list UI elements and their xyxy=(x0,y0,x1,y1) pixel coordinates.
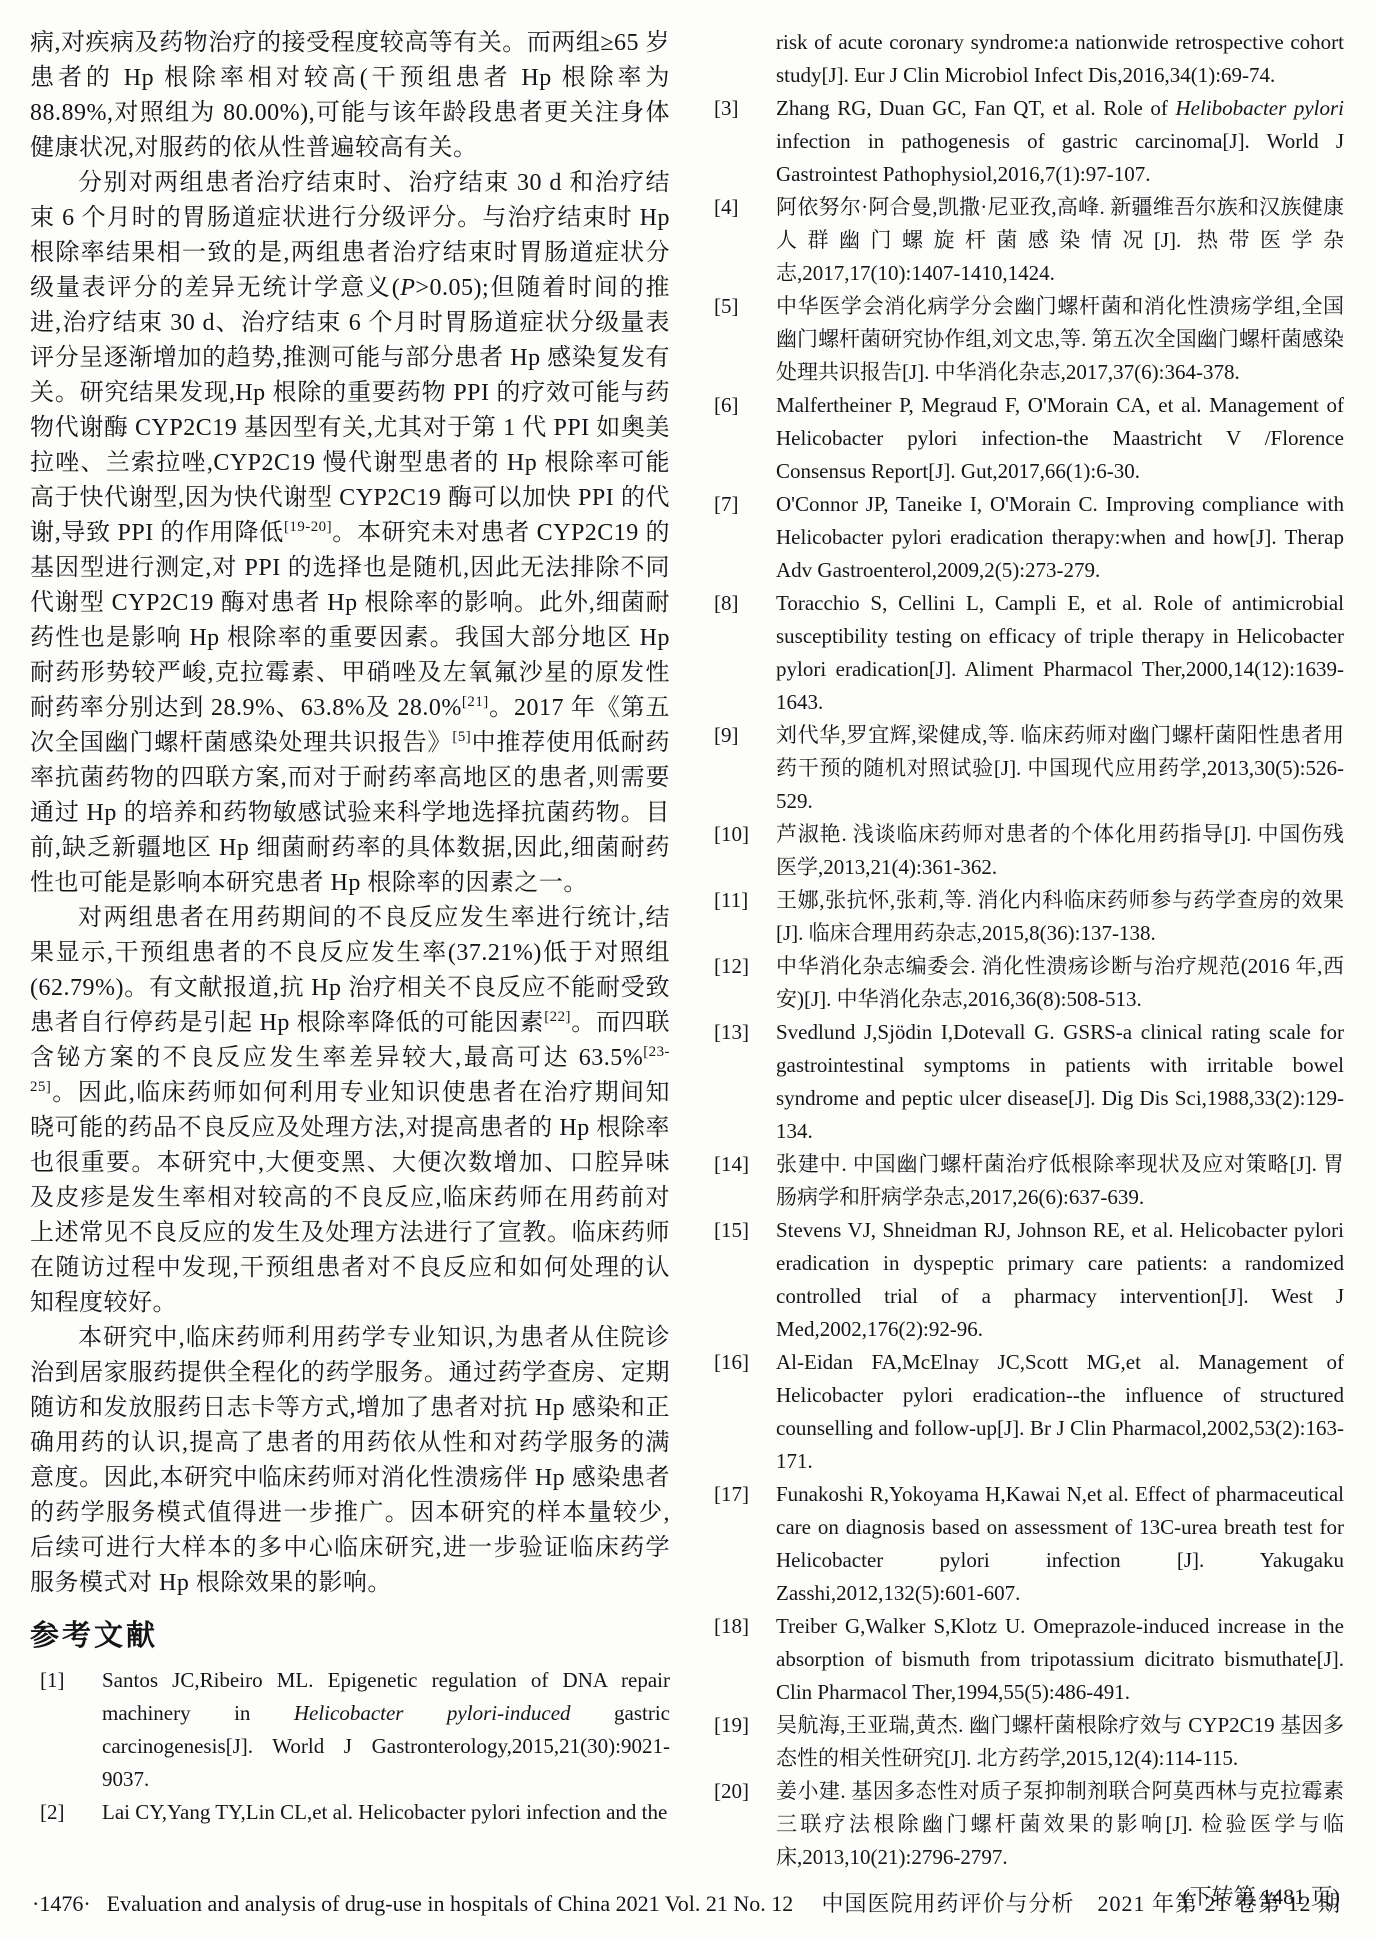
text-run: 王娜,张抗怀,张莉,等. 消化内科临床药师参与药学查房的效果[J]. 临床合理用… xyxy=(776,888,1344,945)
reference-text: Stevens VJ, Shneidman RJ, Johnson RE, et… xyxy=(776,1214,1344,1346)
left-column: 病,对疾病及药物治疗的接受程度较高等有关。而两组≥65 岁患者的 Hp 根除率相… xyxy=(30,26,670,1913)
reference-number: [7] xyxy=(714,488,739,521)
reference-number: [13] xyxy=(714,1016,749,1049)
reference-item: [17]Funakoshi R,Yokoyama H,Kawai N,et al… xyxy=(704,1478,1344,1610)
reference-item: [20]姜小建. 基因多态性对质子泵抑制剂联合阿莫西林与克拉霉素三联疗法根除幽门… xyxy=(704,1775,1344,1874)
reference-item: [5]中华医学会消化病学分会幽门螺杆菌和消化性溃疡学组,全国幽门螺杆菌研究协作组… xyxy=(704,290,1344,389)
text-run: Zhang RG, Duan GC, Fan QT, et al. Role o… xyxy=(776,96,1175,120)
reference-text: 芦淑艳. 浅谈临床药师对患者的个体化用药指导[J]. 中国伤残医学,2013,2… xyxy=(776,818,1344,884)
text-run: 中华消化杂志编委会. 消化性溃疡诊断与治疗规范(2016 年,西安)[J]. 中… xyxy=(776,954,1344,1011)
reference-text: 吴航海,王亚瑞,黄杰. 幽门螺杆菌根除疗效与 CYP2C19 基因多态性的相关性… xyxy=(776,1709,1344,1775)
reference-item: [10]芦淑艳. 浅谈临床药师对患者的个体化用药指导[J]. 中国伤残医学,20… xyxy=(704,818,1344,884)
reference-number: [17] xyxy=(714,1478,749,1511)
text-run: Svedlund J,Sjödin I,Dotevall G. GSRS-a c… xyxy=(776,1020,1344,1143)
reference-number: [14] xyxy=(714,1148,749,1181)
reference-number: [15] xyxy=(714,1214,749,1247)
text-run: 张建中. 中国幽门螺杆菌治疗低根除率现状及应对策略[J]. 胃肠病学和肝病学杂志… xyxy=(776,1152,1344,1209)
reference-number: [6] xyxy=(714,389,739,422)
body-paragraph: 分别对两组患者治疗结束时、治疗结束 30 d 和治疗结束 6 个月时的胃肠道症状… xyxy=(30,166,670,901)
reference-number: [4] xyxy=(714,191,739,224)
reference-number: [5] xyxy=(714,290,739,323)
reference-item: [3]Zhang RG, Duan GC, Fan QT, et al. Rol… xyxy=(704,92,1344,191)
footer-journal-title-zh: 中国医院用药评价与分析 2021 年第 21 卷第 12 期 xyxy=(821,1887,1341,1918)
text-run: Al-Eidan FA,McElnay JC,Scott MG,et al. M… xyxy=(776,1350,1344,1473)
reference-text: 王娜,张抗怀,张莉,等. 消化内科临床药师参与药学查房的效果[J]. 临床合理用… xyxy=(776,884,1344,950)
text-run: Treiber G,Walker S,Klotz U. Omeprazole-i… xyxy=(776,1614,1344,1704)
reference-number: [11] xyxy=(714,884,748,917)
reference-item: [4]阿依努尔·阿合曼,凯撒·尼亚孜,高峰. 新疆维吾尔族和汉族健康人群幽门螺旋… xyxy=(704,191,1344,290)
italic-text: Helibobacter pylori xyxy=(1175,96,1344,120)
text-run: 病,对疾病及药物治疗的接受程度较高等有关。而两组≥65 岁患者的 Hp 根除率相… xyxy=(30,30,670,161)
citation-superscript: [19-20] xyxy=(284,519,332,535)
reference-text: Treiber G,Walker S,Klotz U. Omeprazole-i… xyxy=(776,1610,1344,1709)
text-run: O'Connor JP, Taneike I, O'Morain C. Impr… xyxy=(776,492,1344,582)
text-run: 。本研究未对患者 CYP2C19 的基因型进行测定,对 PPI 的选择也是随机,… xyxy=(30,520,670,721)
text-run: 阿依努尔·阿合曼,凯撒·尼亚孜,高峰. 新疆维吾尔族和汉族健康人群幽门螺旋杆菌感… xyxy=(776,195,1344,285)
text-run: Stevens VJ, Shneidman RJ, Johnson RE, et… xyxy=(776,1218,1344,1341)
citation-superscript: [5] xyxy=(452,729,471,745)
right-column: risk of acute coronary syndrome:a nation… xyxy=(704,26,1344,1913)
reference-text: 中华医学会消化病学分会幽门螺杆菌和消化性溃疡学组,全国幽门螺杆菌研究协作组,刘文… xyxy=(776,290,1344,389)
references-heading: 参考文献 xyxy=(30,1613,670,1654)
reference-number: [10] xyxy=(714,818,749,851)
page-footer: ·1476· Evaluation and analysis of drug-u… xyxy=(32,1887,1341,1918)
reference-item: [8]Toracchio S, Cellini L, Campli E, et … xyxy=(704,587,1344,719)
reference-text: 姜小建. 基因多态性对质子泵抑制剂联合阿莫西林与克拉霉素三联疗法根除幽门螺杆菌效… xyxy=(776,1775,1344,1874)
reference-item: [12]中华消化杂志编委会. 消化性溃疡诊断与治疗规范(2016 年,西安)[J… xyxy=(704,950,1344,1016)
reference-text: 中华消化杂志编委会. 消化性溃疡诊断与治疗规范(2016 年,西安)[J]. 中… xyxy=(776,950,1344,1016)
citation-superscript: [22] xyxy=(544,1009,571,1025)
reference-item: [2]Lai CY,Yang TY,Lin CL,et al. Helicoba… xyxy=(30,1796,670,1829)
reference-number: [3] xyxy=(714,92,739,125)
reference-item: [13]Svedlund J,Sjödin I,Dotevall G. GSRS… xyxy=(704,1016,1344,1148)
references-list-left: [1]Santos JC,Ribeiro ML. Epigenetic regu… xyxy=(30,1664,670,1829)
journal-page: 病,对疾病及药物治疗的接受程度较高等有关。而两组≥65 岁患者的 Hp 根除率相… xyxy=(0,0,1375,1940)
reference-text: Lai CY,Yang TY,Lin CL,et al. Helicobacte… xyxy=(102,1796,670,1829)
body-paragraph: 对两组患者在用药期间的不良反应发生率进行统计,结果显示,干预组患者的不良反应发生… xyxy=(30,901,670,1321)
reference-text: 刘代华,罗宜辉,梁健成,等. 临床药师对幽门螺杆菌阳性患者用药干预的随机对照试验… xyxy=(776,719,1344,818)
two-column-layout: 病,对疾病及药物治疗的接受程度较高等有关。而两组≥65 岁患者的 Hp 根除率相… xyxy=(0,0,1375,1913)
reference-item: [18]Treiber G,Walker S,Klotz U. Omeprazo… xyxy=(704,1610,1344,1709)
reference-item: [6]Malfertheiner P, Megraud F, O'Morain … xyxy=(704,389,1344,488)
reference-text: risk of acute coronary syndrome:a nation… xyxy=(776,26,1344,92)
reference-number: [9] xyxy=(714,719,739,752)
text-run: 。因此,临床药师如何利用专业知识使患者在治疗期间知晓可能的药品不良反应及处理方法… xyxy=(30,1080,670,1316)
reference-item: [16]Al-Eidan FA,McElnay JC,Scott MG,et a… xyxy=(704,1346,1344,1478)
italic-text: Helicobacter pylori-induced xyxy=(294,1701,571,1725)
reference-item: [19]吴航海,王亚瑞,黄杰. 幽门螺杆菌根除疗效与 CYP2C19 基因多态性… xyxy=(704,1709,1344,1775)
reference-text: Al-Eidan FA,McElnay JC,Scott MG,et al. M… xyxy=(776,1346,1344,1478)
text-run: Toracchio S, Cellini L, Campli E, et al.… xyxy=(776,591,1344,714)
reference-number: [8] xyxy=(714,587,739,620)
text-run: 中华医学会消化病学分会幽门螺杆菌和消化性溃疡学组,全国幽门螺杆菌研究协作组,刘文… xyxy=(776,294,1344,384)
reference-item: [11]王娜,张抗怀,张莉,等. 消化内科临床药师参与药学查房的效果[J]. 临… xyxy=(704,884,1344,950)
text-run: 姜小建. 基因多态性对质子泵抑制剂联合阿莫西林与克拉霉素三联疗法根除幽门螺杆菌效… xyxy=(776,1779,1344,1869)
text-run: 本研究中,临床药师利用药学专业知识,为患者从住院诊治到居家服药提供全程化的药学服… xyxy=(30,1325,670,1596)
body-text: 病,对疾病及药物治疗的接受程度较高等有关。而两组≥65 岁患者的 Hp 根除率相… xyxy=(30,26,670,1601)
reference-text: 阿依努尔·阿合曼,凯撒·尼亚孜,高峰. 新疆维吾尔族和汉族健康人群幽门螺旋杆菌感… xyxy=(776,191,1344,290)
reference-text: Santos JC,Ribeiro ML. Epigenetic regulat… xyxy=(102,1664,670,1796)
citation-superscript: [21] xyxy=(462,694,489,710)
reference-item: [1]Santos JC,Ribeiro ML. Epigenetic regu… xyxy=(30,1664,670,1796)
reference-text: Svedlund J,Sjödin I,Dotevall G. GSRS-a c… xyxy=(776,1016,1344,1148)
reference-number: [2] xyxy=(40,1796,65,1829)
reference-number: [20] xyxy=(714,1775,749,1808)
reference-item: [15]Stevens VJ, Shneidman RJ, Johnson RE… xyxy=(704,1214,1344,1346)
references-list-right: risk of acute coronary syndrome:a nation… xyxy=(704,26,1344,1874)
reference-continuation: risk of acute coronary syndrome:a nation… xyxy=(704,26,1344,92)
reference-item: [14]张建中. 中国幽门螺杆菌治疗低根除率现状及应对策略[J]. 胃肠病学和肝… xyxy=(704,1148,1344,1214)
italic-text: P xyxy=(400,275,415,301)
text-run: 吴航海,王亚瑞,黄杰. 幽门螺杆菌根除疗效与 CYP2C19 基因多态性的相关性… xyxy=(776,1713,1344,1770)
body-paragraph: 本研究中,临床药师利用药学专业知识,为患者从住院诊治到居家服药提供全程化的药学服… xyxy=(30,1321,670,1601)
page-number: ·1476· xyxy=(32,1891,91,1917)
text-run: infection in pathogenesis of gastric car… xyxy=(776,129,1344,186)
reference-item: [7]O'Connor JP, Taneike I, O'Morain C. I… xyxy=(704,488,1344,587)
text-run: Funakoshi R,Yokoyama H,Kawai N,et al. Ef… xyxy=(776,1482,1344,1605)
footer-journal-title-en: Evaluation and analysis of drug-use in h… xyxy=(107,1891,794,1917)
reference-item: [9]刘代华,罗宜辉,梁健成,等. 临床药师对幽门螺杆菌阳性患者用药干预的随机对… xyxy=(704,719,1344,818)
reference-number: [1] xyxy=(40,1664,65,1697)
text-run: 芦淑艳. 浅谈临床药师对患者的个体化用药指导[J]. 中国伤残医学,2013,2… xyxy=(776,822,1344,879)
reference-number: [19] xyxy=(714,1709,749,1742)
text-run: Malfertheiner P, Megraud F, O'Morain CA,… xyxy=(776,393,1344,483)
reference-text: 张建中. 中国幽门螺杆菌治疗低根除率现状及应对策略[J]. 胃肠病学和肝病学杂志… xyxy=(776,1148,1344,1214)
text-run: Lai CY,Yang TY,Lin CL,et al. Helicobacte… xyxy=(102,1800,667,1824)
reference-text: O'Connor JP, Taneike I, O'Morain C. Impr… xyxy=(776,488,1344,587)
text-run: 刘代华,罗宜辉,梁健成,等. 临床药师对幽门螺杆菌阳性患者用药干预的随机对照试验… xyxy=(776,723,1344,813)
reference-number: [12] xyxy=(714,950,749,983)
text-run: risk of acute coronary syndrome:a nation… xyxy=(776,30,1344,87)
reference-text: Funakoshi R,Yokoyama H,Kawai N,et al. Ef… xyxy=(776,1478,1344,1610)
reference-text: Toracchio S, Cellini L, Campli E, et al.… xyxy=(776,587,1344,719)
body-paragraph: 病,对疾病及药物治疗的接受程度较高等有关。而两组≥65 岁患者的 Hp 根除率相… xyxy=(30,26,670,166)
reference-number: [18] xyxy=(714,1610,749,1643)
reference-text: Zhang RG, Duan GC, Fan QT, et al. Role o… xyxy=(776,92,1344,191)
reference-number: [16] xyxy=(714,1346,749,1379)
text-run: >0.05);但随着时间的推进,治疗结束 30 d、治疗结束 6 个月时胃肠道症… xyxy=(30,275,670,546)
reference-text: Malfertheiner P, Megraud F, O'Morain CA,… xyxy=(776,389,1344,488)
